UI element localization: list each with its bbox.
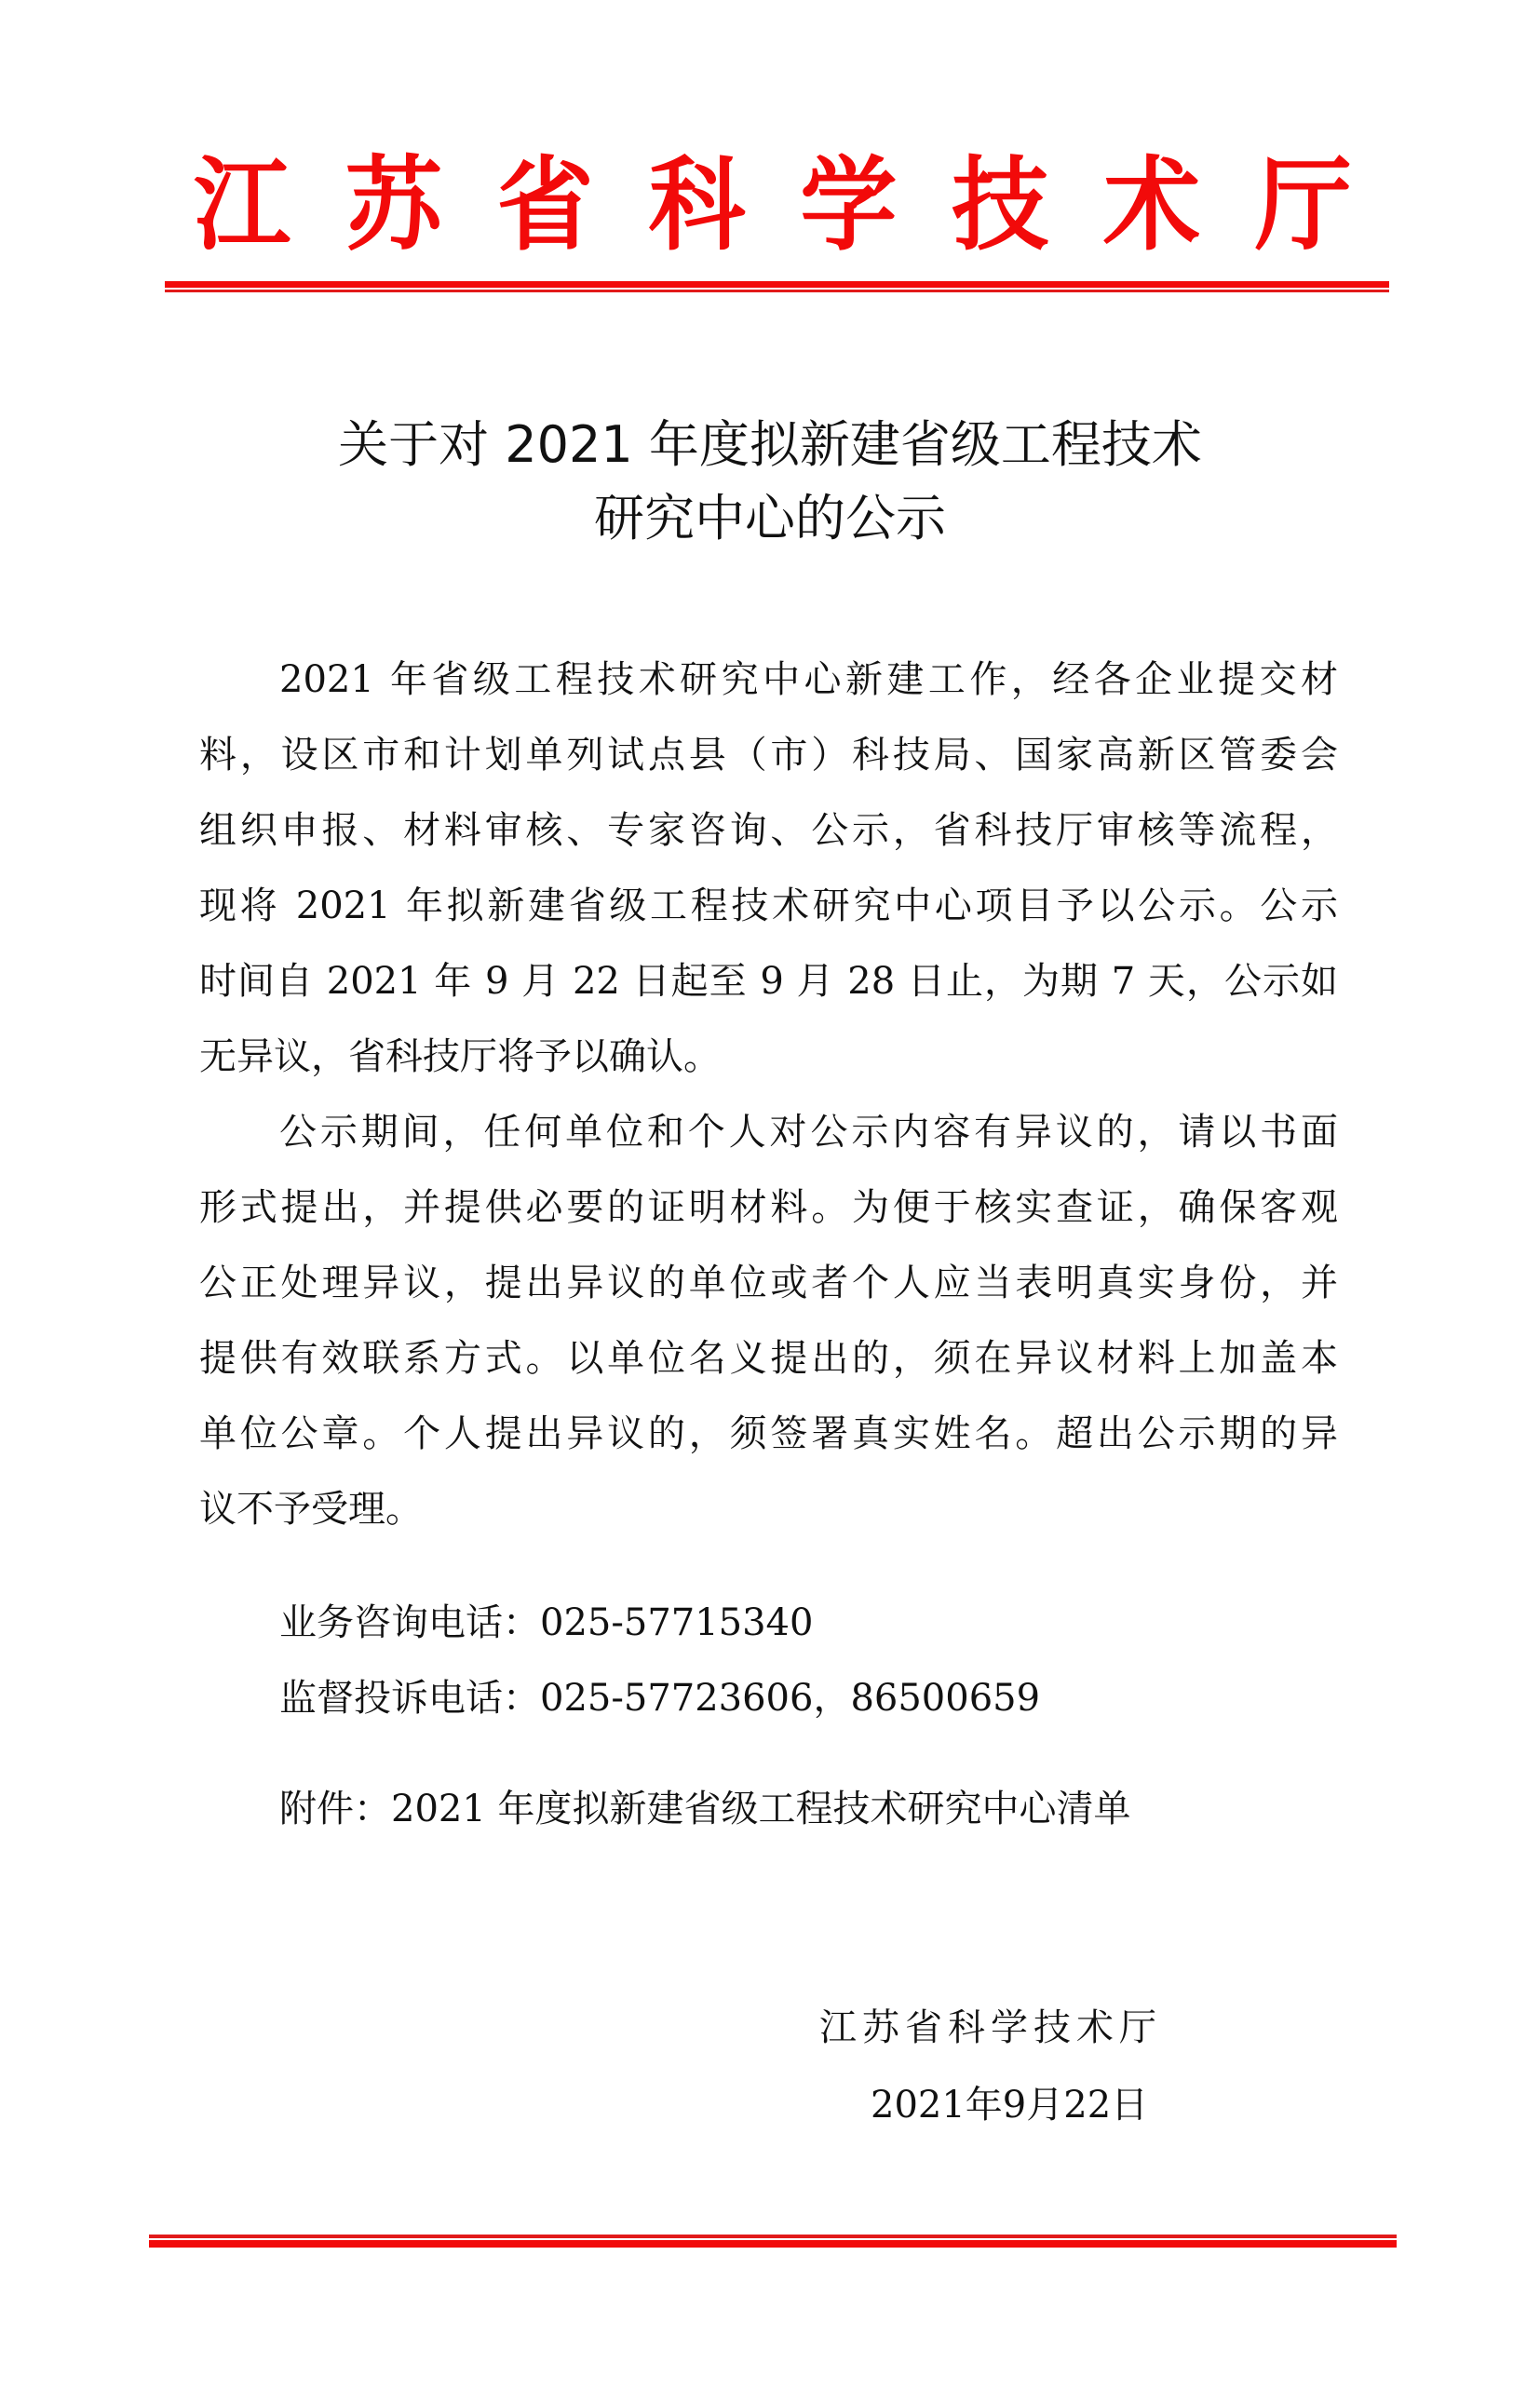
paragraph-line: 提供有效联系方式。以单位名义提出的，须在异议材料上加盖本	[199, 1332, 1338, 1384]
paragraph-line: 时间自 2021 年 9 月 22 日起至 9 月 28 日止，为期 7 天，公…	[199, 955, 1338, 1007]
letterhead-char: 术	[1096, 146, 1208, 263]
letterhead: 江 苏 省 科 学 技 术 厅	[186, 149, 1359, 261]
letterhead-char: 科	[642, 146, 753, 263]
footer-rule-thick	[149, 2240, 1397, 2248]
attachment-link[interactable]: 2021 年度拟新建省级工程技术研究中心清单	[391, 1788, 1131, 1830]
footer-rule-thin	[149, 2235, 1397, 2238]
notice-title-line-1: 关于对 2021 年度拟新建省级工程技术	[0, 414, 1540, 476]
paragraph-line: 现将 2021 年拟新建省级工程技术研究中心项目予以公示。公示	[199, 880, 1338, 932]
letterhead-char: 厅	[1248, 146, 1359, 263]
business-contact-phone: 025-57715340	[540, 1601, 813, 1644]
paragraph-line: 公示期间，任何单位和个人对公示内容有异议的，请以书面	[279, 1106, 1338, 1158]
paragraph-line: 议不予受理。	[199, 1483, 423, 1535]
letterhead-char: 学	[792, 146, 904, 263]
paragraph-line: 料，设区市和计划单列试点县（市）科技局、国家高新区管委会	[199, 729, 1338, 781]
letterhead-char: 苏	[338, 146, 450, 263]
paragraph-line: 公正处理异议，提出异议的单位或者个人应当表明真实身份，并	[199, 1257, 1338, 1309]
header-rule-thick	[165, 281, 1389, 288]
complaint-contact-phones: 025-57723606，86500659	[540, 1677, 1040, 1720]
signature-organization: 江苏省科学技术厅	[819, 2002, 1162, 2054]
paragraph-line: 无异议，省科技厅将予以确认。	[199, 1031, 721, 1083]
letterhead-char: 省	[490, 146, 601, 263]
business-contact-label: 业务咨询电话：	[279, 1601, 540, 1644]
signature-date: 2021年9月22日	[871, 2079, 1148, 2131]
letterhead-char: 技	[944, 146, 1056, 263]
paragraph-line: 形式提出，并提供必要的证明材料。为便于核实查证，确保客观	[199, 1181, 1338, 1234]
attachment-label: 附件：	[279, 1788, 391, 1830]
complaint-contact-label: 监督投诉电话：	[279, 1677, 540, 1720]
paragraph-line: 组织申报、材料审核、专家咨询、公示，省科技厅审核等流程，	[199, 804, 1338, 857]
header-rule-thin	[165, 290, 1389, 292]
paragraph-line: 单位公章。个人提出异议的，须签署真实姓名。超出公示期的异	[199, 1408, 1338, 1460]
notice-title-line-2: 研究中心的公示	[0, 488, 1540, 549]
paragraph-line: 2021 年省级工程技术研究中心新建工作，经各企业提交材	[279, 654, 1338, 706]
business-contact: 业务咨询电话：025-57715340	[279, 1597, 813, 1649]
attachment: 附件：2021 年度拟新建省级工程技术研究中心清单	[279, 1783, 1131, 1835]
letterhead-char: 江	[186, 146, 298, 263]
complaint-contact: 监督投诉电话：025-57723606，86500659	[279, 1672, 1040, 1724]
